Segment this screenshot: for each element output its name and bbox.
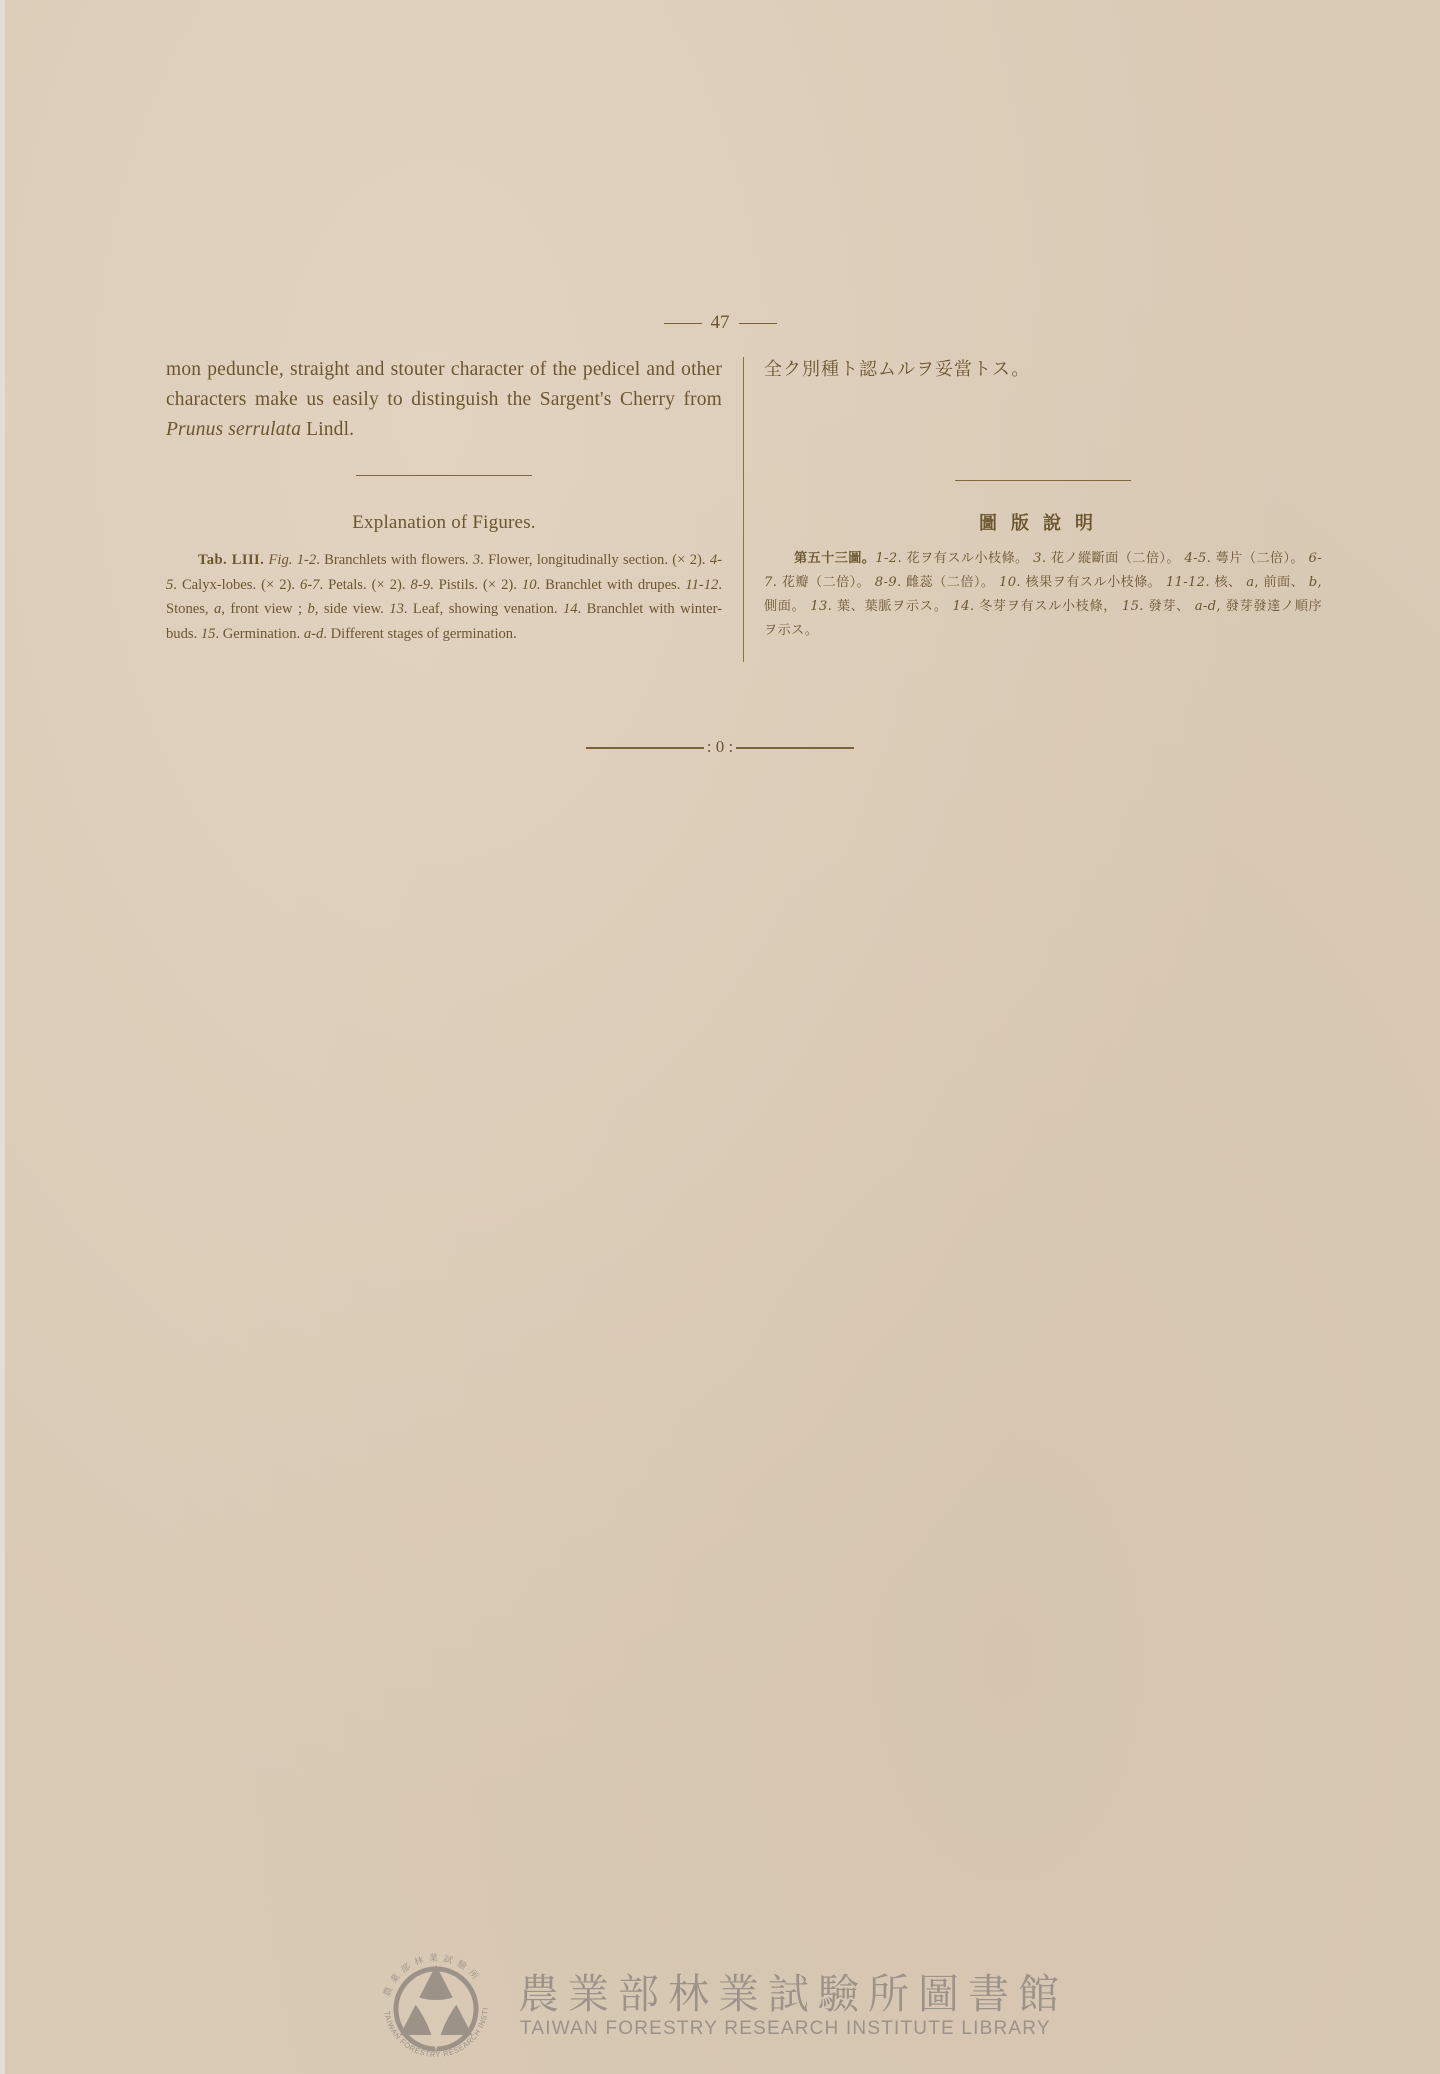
page-number-dash-right: [739, 323, 777, 324]
figure-number: 11-12: [1166, 575, 1206, 590]
ornament-line-left: [586, 747, 704, 748]
figure-number: 8-9: [875, 575, 897, 590]
column-divider: [743, 357, 744, 662]
english-paragraph: mon peduncle, straight and stouter chara…: [166, 355, 722, 445]
figure-number: a-d: [304, 626, 323, 642]
figure-description: , front view ;: [221, 601, 307, 617]
species-name: Prunus serrulata: [166, 419, 301, 440]
paragraph-text-end: Lindl.: [301, 419, 354, 440]
figure-description: . Leaf, showing venation.: [404, 601, 563, 617]
figure-number: b: [1309, 575, 1318, 590]
figure-description: , side view.: [315, 601, 390, 617]
end-ornament: : 0 :: [0, 737, 1440, 757]
figure-description: . 花ノ縱斷面（二倍）。: [1042, 551, 1185, 566]
explanation-of-figures-text: Tab. LIII. Fig. 1-2. Branchlets with flo…: [166, 548, 722, 646]
figure-description: . Branchlets with flowers.: [316, 552, 473, 568]
page-number-dash-left: [664, 323, 702, 324]
figure-description: . Pistils. (× 2).: [430, 577, 522, 593]
library-name-chinese: 農業部林業試驗所圖書館: [518, 1961, 1068, 2020]
left-column-english: mon peduncle, straight and stouter chara…: [166, 355, 722, 646]
figure-number: 15: [1122, 599, 1139, 614]
figure-description: . 花ヲ有スル小枝條。: [898, 551, 1034, 566]
figure-description: . 蕚片（二倍）。: [1207, 551, 1309, 566]
right-column-japanese: 全ク別種ト認ムルヲ妥當トス。 圖版說明 第五十三圖。1-2. 花ヲ有スル小枝條。…: [764, 355, 1322, 643]
figure-description: . 發芽、: [1139, 599, 1194, 614]
paragraph-text: mon peduncle, straight and stouter chara…: [166, 359, 722, 410]
figure-description: . 核、: [1205, 575, 1246, 590]
figure-number: 1-2: [875, 551, 897, 566]
section-rule: [955, 480, 1131, 481]
figure-number: Fig. 1-2: [269, 552, 317, 568]
figure-description: . 核果ヲ有スル小枝條。: [1016, 575, 1165, 590]
ornament-line-right: [736, 747, 854, 748]
explanation-heading: Explanation of Figures.: [166, 512, 722, 534]
figure-number: 6-7: [300, 577, 319, 593]
forestry-institute-seal-icon: 農業部林業試驗所 TAIWAN FORESTRY RESEARCH INSTIT…: [374, 1947, 498, 2071]
figure-description: . 冬芽ヲ有スル小枝條，: [970, 599, 1122, 614]
page-number-value: 47: [711, 312, 730, 333]
japanese-explanation-text: 第五十三圖。1-2. 花ヲ有スル小枝條。 3. 花ノ縱斷面（二倍）。 4-5. …: [764, 547, 1322, 643]
svg-text:1896: 1896: [427, 2036, 445, 2045]
figure-number: 15: [201, 626, 216, 642]
figure-number: 14: [952, 599, 969, 614]
figure-number: 8-9: [411, 577, 430, 593]
japanese-explanation-heading: 圖版說明: [764, 509, 1322, 535]
ornament-center: : 0 :: [707, 737, 733, 756]
plate-label: 第五十三圖。: [794, 551, 875, 566]
figure-number: 13: [389, 601, 404, 617]
figure-number: b: [307, 601, 314, 617]
figure-number: 14: [563, 601, 578, 617]
plate-label: Tab. LIII.: [198, 552, 264, 568]
library-name-english: TAIWAN FORESTRY RESEARCH INSTITUTE LIBRA…: [520, 2018, 1051, 2040]
figure-number: 10: [999, 575, 1016, 590]
figure-description: . Branchlet with drupes.: [537, 577, 686, 593]
figure-description: . Flower, longitudinally section. (× 2).: [480, 552, 710, 568]
figure-description: . 花瓣（二倍）。: [773, 575, 875, 590]
figure-number: 4-5: [1184, 551, 1206, 566]
figure-number: 10: [522, 577, 537, 593]
page-number: 47: [0, 312, 1440, 334]
figure-description: . Calyx-lobes. (× 2).: [173, 577, 300, 593]
section-rule: [356, 475, 532, 476]
japanese-paragraph: 全ク別種ト認ムルヲ妥當トス。: [764, 355, 1322, 385]
library-watermark: 農業部林業試驗所 TAIWAN FORESTRY RESEARCH INSTIT…: [374, 1947, 1074, 2072]
figure-description: , 前面、: [1254, 575, 1308, 590]
figure-number: 3: [1033, 551, 1042, 566]
figure-description: . 葉、葉脈ヲ示ス。: [828, 599, 953, 614]
figure-number: 11-12: [685, 577, 718, 593]
figure-description: . Germination.: [215, 626, 303, 642]
figure-description: . Different stages of germination.: [323, 626, 516, 642]
figure-description: . 雌蕊（二倍）。: [897, 575, 999, 590]
figure-number: a-d: [1195, 599, 1217, 614]
figure-number: 13: [810, 599, 827, 614]
figure-description: . Petals. (× 2).: [319, 577, 410, 593]
